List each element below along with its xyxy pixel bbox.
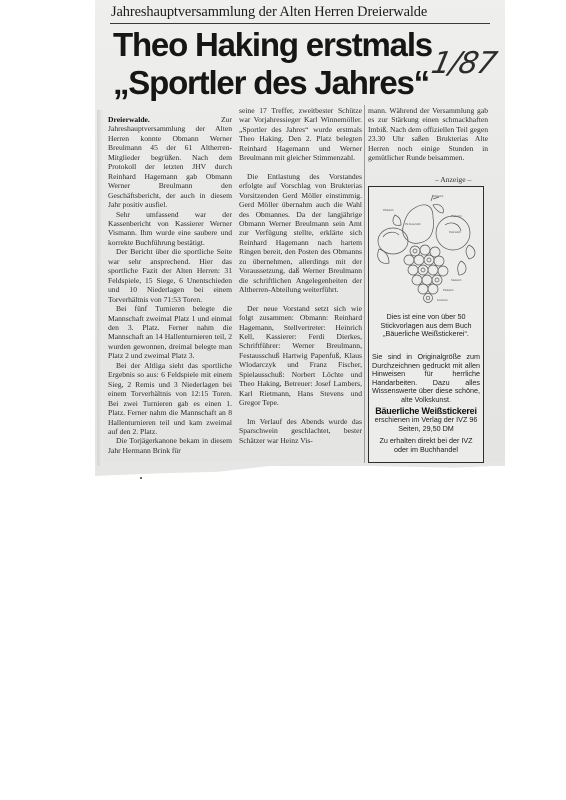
headline: Theo Haking erstmals „Sportler des Jahre… (113, 26, 432, 102)
paragraph: mann. Während der Versammlung gab es zur… (368, 106, 488, 163)
ad-availability: Zu erhalten direkt bei der IVZ oder im B… (372, 437, 480, 454)
svg-text:Plattstich: Plattstich (451, 214, 462, 218)
kicker-line: Jahreshauptversammlung der Alten Herren … (111, 4, 491, 21)
handwritten-date-note: 1/87 (428, 46, 499, 81)
article-column-1: Dreierwalde. Zur Jahreshauptversammlung … (108, 115, 232, 455)
paragraph: Die Torjägerkanone bekam in diesem Jahr … (108, 436, 232, 455)
ad-intro-text: Dies ist eine von über 50 Stickvorlagen … (372, 313, 480, 339)
kicker-rule (110, 23, 490, 24)
svg-text:Pk.Kreuzstich: Pk.Kreuzstich (405, 222, 421, 226)
paper-fold-shadow (97, 110, 103, 466)
advertisement-box: Plattstich Stielstich Plattstich Pk.Kreu… (368, 186, 484, 463)
svg-text:Plattstich: Plattstich (443, 288, 454, 292)
column-divider (364, 105, 365, 463)
paragraph: Der neue Vorstand setzt sich wie folgt z… (239, 304, 362, 408)
paragraph: Sehr umfassend war der Kassenbericht von… (108, 210, 232, 248)
svg-text:Knötchen: Knötchen (437, 298, 449, 302)
ad-description-text: Sie sind in Originalgröße zum Durchzeich… (372, 353, 480, 405)
embroidery-pattern-illustration-icon: Plattstich Stielstich Plattstich Pk.Kreu… (373, 191, 479, 309)
headline-line-1: Theo Haking erstmals (113, 26, 432, 64)
paragraph: Die Entlastung des Vorstandes erfolgte a… (239, 172, 362, 295)
svg-text:Plattstich: Plattstich (383, 208, 394, 212)
headline-line-2: „Sportler des Jahres“ (113, 64, 432, 102)
svg-text:Stielstich: Stielstich (451, 278, 462, 282)
article-column-2: seine 17 Treffer, zweitbester Schütze wa… (239, 106, 362, 445)
paragraph: Im Verlauf des Abends wurde das Sparschw… (239, 417, 362, 445)
scan-speck (140, 477, 142, 479)
dateline: Dreierwalde. (108, 115, 150, 124)
paragraph: Bei fünf Turnieren belegte die Mannschaf… (108, 304, 232, 361)
paragraph: Bei der Altliga sieht das sportliche Erg… (108, 361, 232, 437)
svg-text:Pekinstich: Pekinstich (449, 230, 461, 234)
paragraph: seine 17 Treffer, zweitbester Schütze wa… (239, 106, 362, 163)
paragraph: Der Bericht über die sportliche Seite wa… (108, 247, 232, 304)
paragraph: Dreierwalde. Zur Jahreshauptversammlung … (108, 115, 232, 210)
svg-text:Stielstich: Stielstich (433, 194, 444, 198)
ad-publisher-price: erschienen im Verlag der IVZ 96 Seiten, … (372, 416, 480, 433)
article-column-3: mann. Während der Versammlung gab es zur… (368, 106, 488, 163)
advertisement-label: – Anzeige – (435, 175, 471, 184)
